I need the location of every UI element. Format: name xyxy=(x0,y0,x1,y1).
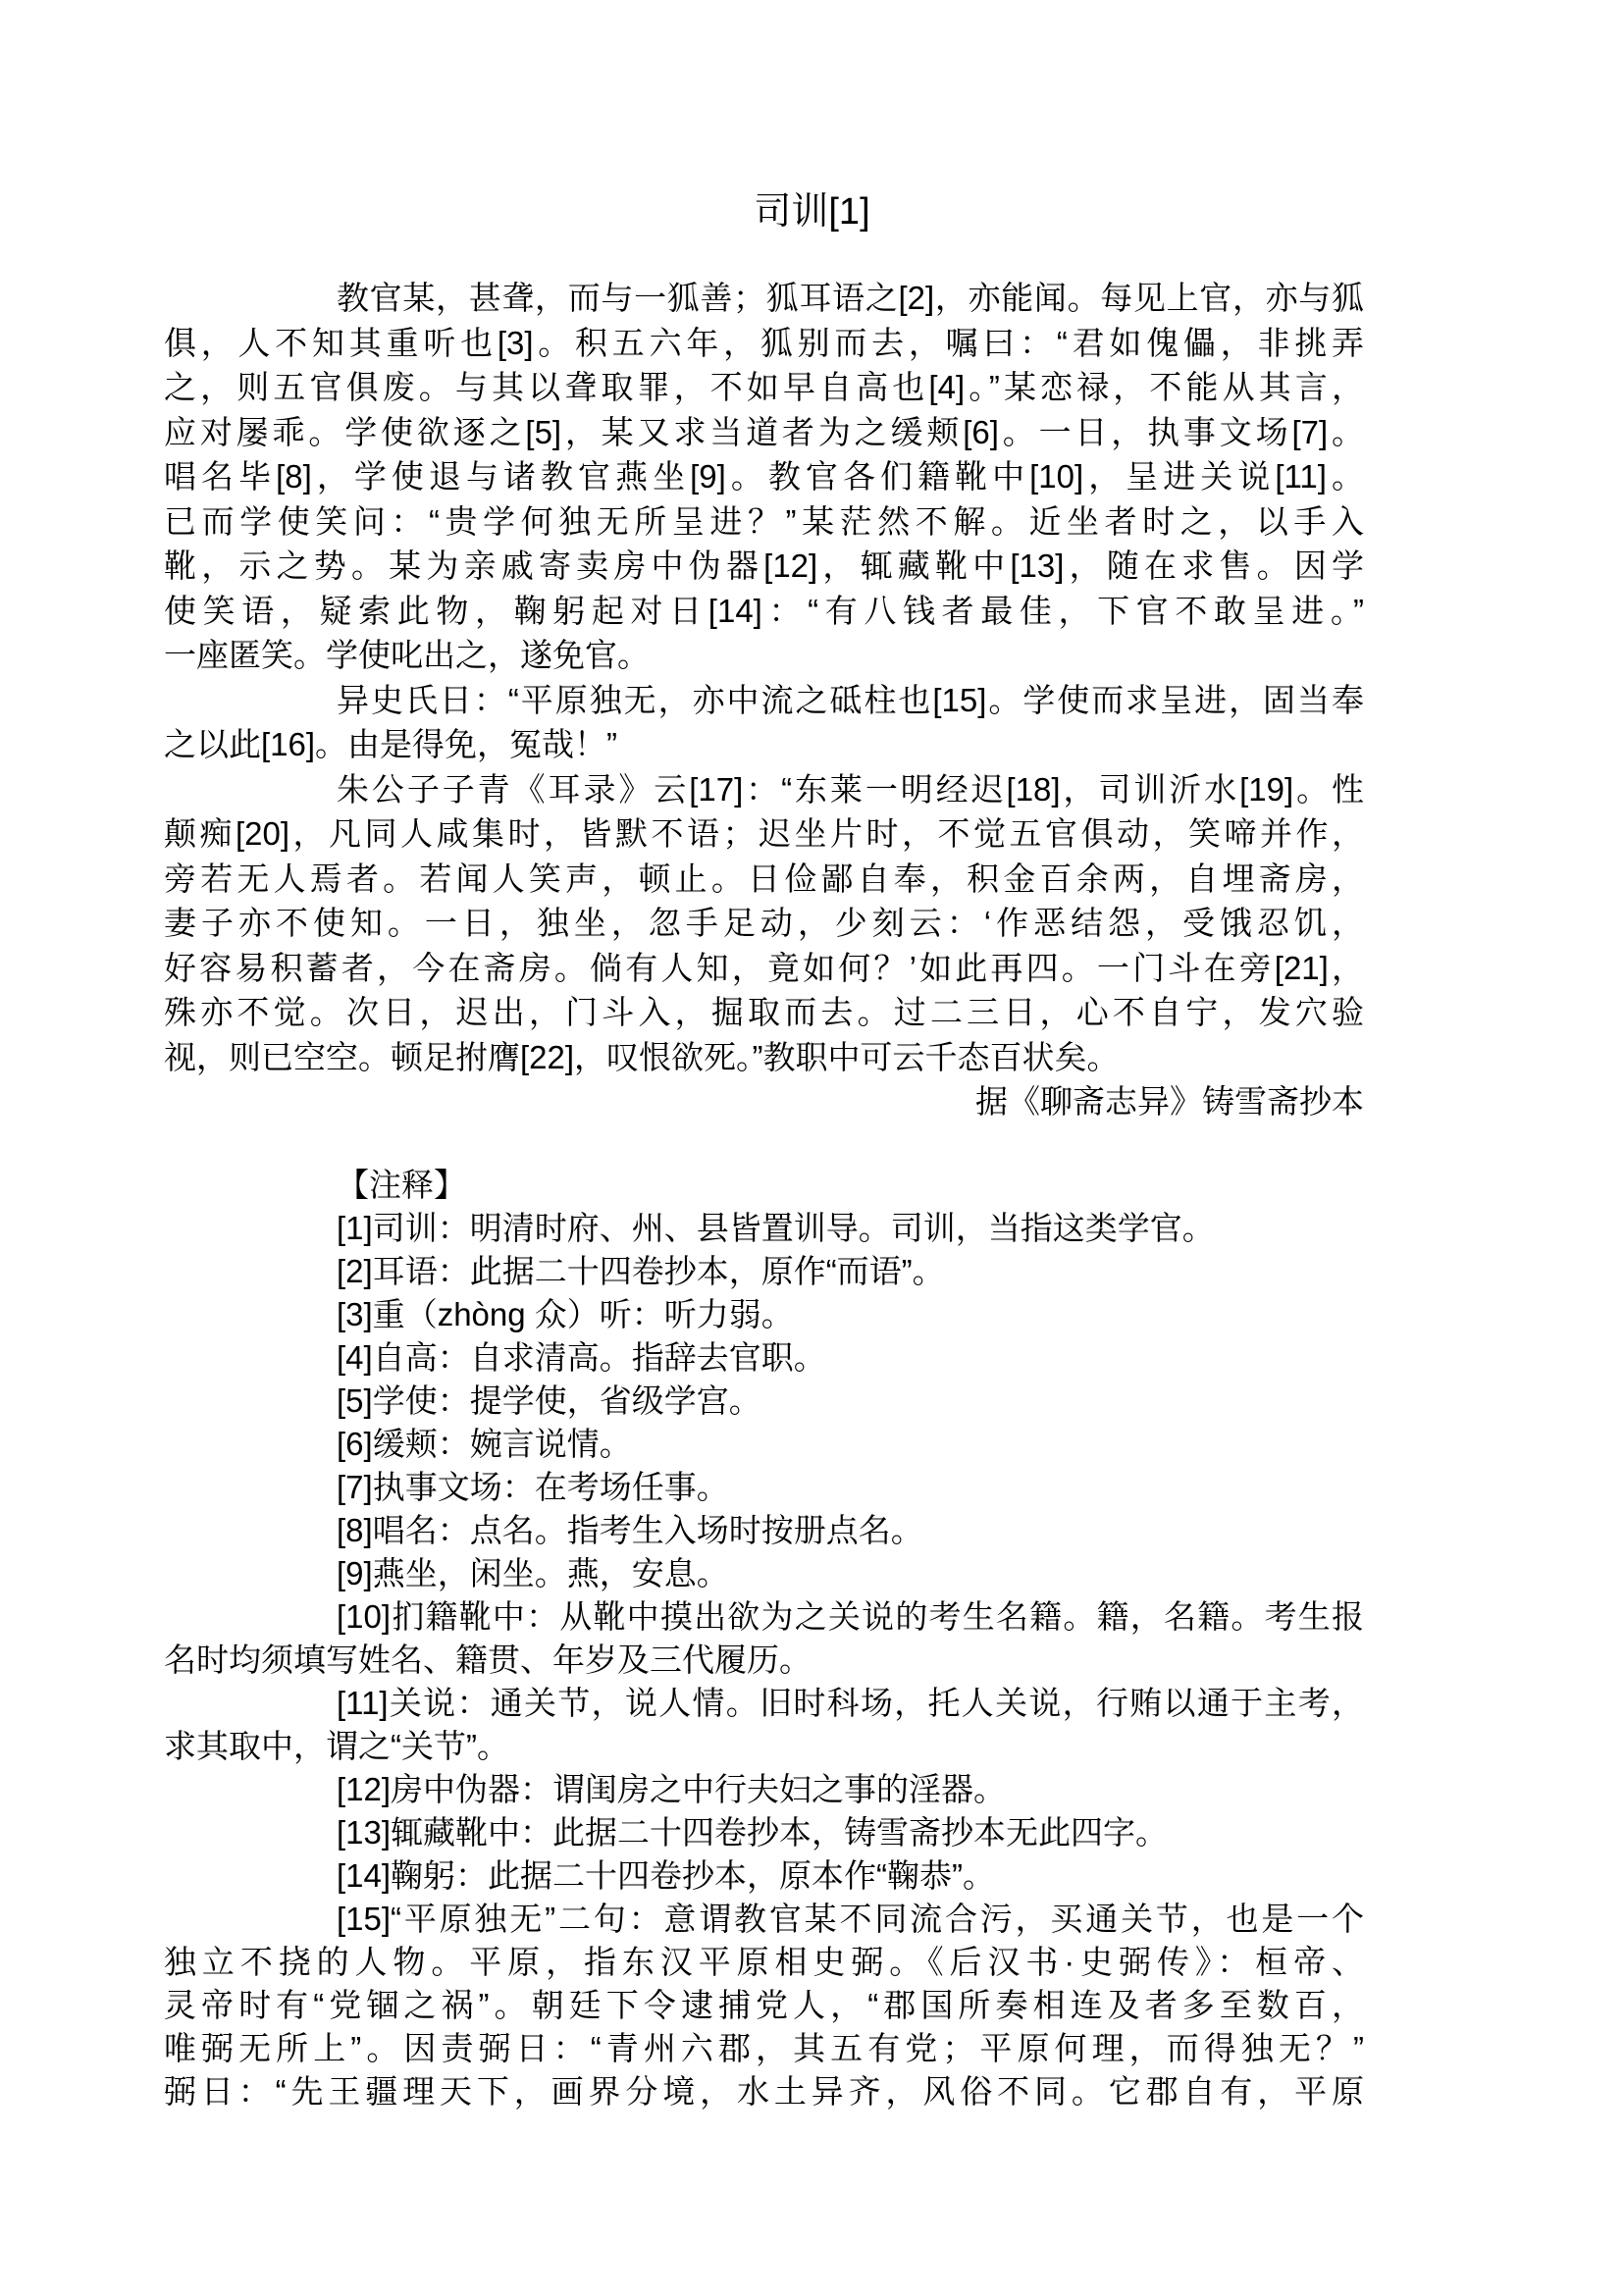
story-line: 视，则已空空。顿足拊膺[22]，叹恨欲死。”教职中可云千态百状矣。 xyxy=(164,1035,1364,1080)
note-line: [15]“平原独无”二句：意谓教官某不同流合污，买通关节，也是一个 xyxy=(164,1898,1364,1941)
story-line: 之以此[16]。由是得免，冤哉！” xyxy=(164,722,1364,767)
note-line: [3]重（zhòng 众）听：听力弱。 xyxy=(164,1293,1364,1336)
notes-section: [1]司训：明清时府、州、县皆置训导。司训，当指这类学官。[2]耳语：此据二十四… xyxy=(164,1207,1364,2113)
source-attribution: 据《聊斋志异》铸雪斋抄本 xyxy=(164,1079,1364,1124)
story-line: 之，则五官俱废。与其以聋取罪，不如早自高也[4]。”某恋禄，不能从其言， xyxy=(164,365,1364,410)
note-line: 名时均须填写姓名、籍贯、年岁及三代履历。 xyxy=(164,1639,1364,1682)
story-line: 一座匿笑。学使叱出之，遂免官。 xyxy=(164,633,1364,678)
note-line: [1]司训：明清时府、州、县皆置训导。司训，当指这类学官。 xyxy=(164,1207,1364,1250)
story-line: 教官某，甚聋，而与一狐善；狐耳语之[2]，亦能闻。每见上官，亦与狐 xyxy=(164,276,1364,321)
story-line: 唱名毕[8]，学使退与诸教官燕坐[9]。教官各们籍靴中[10]，呈进关说[11]… xyxy=(164,454,1364,499)
note-line: [5]学使：提学使，省级学宫。 xyxy=(164,1380,1364,1423)
note-line: [14]鞠躬：此据二十四卷抄本，原本作“鞠恭”。 xyxy=(164,1854,1364,1898)
note-line: [13]辄藏靴中：此据二十四卷抄本，铸雪斋抄本无此四字。 xyxy=(164,1811,1364,1854)
story-line: 朱公子子青《耳录》云[17]：“东莱一明经迟[18]，司训沂水[19]。性 xyxy=(164,767,1364,812)
note-line: 唯弼无所上”。因责弼日：“青州六郡，其五有党；平原何理，而得独无？” xyxy=(164,2027,1364,2070)
note-line: [10]扪籍靴中：从靴中摸出欲为之关说的考生名籍。籍，名籍。考生报 xyxy=(164,1595,1364,1639)
document-page: 司训[1] 教官某，甚聋，而与一狐善；狐耳语之[2]，亦能闻。每见上官，亦与狐俱… xyxy=(0,0,1624,2294)
note-line: 弼日：“先王疆理天下，画界分境，水土异齐，风俗不同。它郡自有，平原 xyxy=(164,2070,1364,2113)
note-line: [8]唱名：点名。指考生入场时按册点名。 xyxy=(164,1509,1364,1552)
story-line: 异史氏日：“平原独无，亦中流之砥柱也[15]。学使而求呈进，固当奉 xyxy=(164,678,1364,723)
story-line: 使笑语，疑索此物，鞠躬起对日[14]：“有八钱者最佳，下官不敢呈进。” xyxy=(164,589,1364,634)
story-line: 妻子亦不使知。一日，独坐，忽手足动，少刻云：‘作恶结怨，受饿忍饥， xyxy=(164,901,1364,946)
story-line: 旁若无人焉者。若闻人笑声，顿止。日俭鄙自奉，积金百余两，自埋斋房， xyxy=(164,857,1364,902)
story-line: 殊亦不觉。次日，迟出，门斗入，掘取而去。过二三日，心不自宁，发穴验 xyxy=(164,990,1364,1035)
page-title: 司训[1] xyxy=(0,189,1624,235)
note-line: 独立不挠的人物。平原，指东汉平原相史弼。《后汉书·史弼传》：桓帝、 xyxy=(164,1941,1364,1984)
note-line: [6]缓颊：婉言说情。 xyxy=(164,1423,1364,1466)
note-line: [9]燕坐，闲坐。燕，安息。 xyxy=(164,1552,1364,1595)
note-line: 求其取中，谓之“关节”。 xyxy=(164,1725,1364,1768)
note-line: [4]自高：自求清高。指辞去官职。 xyxy=(164,1336,1364,1380)
notes-header: 【注释】 xyxy=(164,1164,1364,1207)
story-line: 俱，人不知其重听也[3]。积五六年，狐别而去，嘱曰：“君如傀儡，非挑弄 xyxy=(164,321,1364,366)
note-line: [11]关说：通关节，说人情。旧时科场，托人关说，行贿以通于主考， xyxy=(164,1682,1364,1725)
story-text: 教官某，甚聋，而与一狐善；狐耳语之[2]，亦能闻。每见上官，亦与狐俱，人不知其重… xyxy=(164,276,1364,1079)
note-line: 灵帝时有“党锢之祸”。朝廷下令逮捕党人，“郡国所奏相连及者多至数百， xyxy=(164,1984,1364,2027)
story-line: 应对屡乖。学使欲逐之[5]，某又求当道者为之缓颊[6]。一日，执事文场[7]。 xyxy=(164,410,1364,455)
story-line: 靴，示之势。某为亲戚寄卖房中伪器[12]，辄藏靴中[13]，随在求售。因学 xyxy=(164,544,1364,589)
text-column: 教官某，甚聋，而与一狐善；狐耳语之[2]，亦能闻。每见上官，亦与狐俱，人不知其重… xyxy=(164,276,1364,2113)
story-line: 已而学使笑问：“贵学何独无所呈进？”某茫然不解。近坐者时之，以手入 xyxy=(164,499,1364,545)
note-line: [2]耳语：此据二十四卷抄本，原作“而语”。 xyxy=(164,1250,1364,1293)
note-line: [7]执事文场：在考场任事。 xyxy=(164,1466,1364,1509)
story-line: 颠痴[20]，凡同人咸集时，皆默不语；迟坐片时，不觉五官俱动，笑啼并作， xyxy=(164,811,1364,857)
story-line: 好容易积蓄者，今在斋房。倘有人知，竟如何？’如此再四。一门斗在旁[21]， xyxy=(164,946,1364,991)
note-line: [12]房中伪器：谓闺房之中行夫妇之事的淫器。 xyxy=(164,1768,1364,1811)
